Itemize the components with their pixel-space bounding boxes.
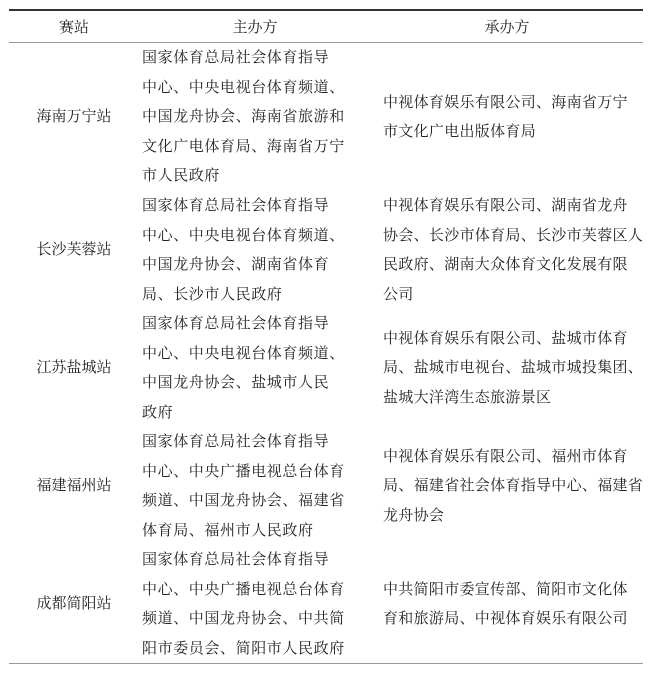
organizer-cell: 中共简阳市委宣传部、简阳市文化体 育和旅游局、中视体育娱乐有限公司 bbox=[371, 545, 643, 664]
host-line: 国家体育总局社会体育指导 bbox=[142, 545, 367, 575]
organizer-line: 局、福建省社会体育指导中心、福建省 bbox=[383, 471, 639, 501]
table-body: 海南万宁站 国家体育总局社会体育指导 中心、中央电视台体育频道、 中国龙舟协会、… bbox=[9, 43, 643, 664]
organizer-cell: 中视体育娱乐有限公司、湖南省龙舟 协会、长沙市体育局、长沙市芙蓉区人 民政府、湖… bbox=[371, 191, 643, 309]
header-host: 主办方 bbox=[139, 10, 371, 43]
station-cell: 长沙芙蓉站 bbox=[9, 191, 139, 309]
table-header: 赛站 主办方 承办方 bbox=[9, 10, 643, 43]
host-line: 中心、中央电视台体育频道、 bbox=[142, 339, 367, 369]
host-line: 中心、中央广播电视总台体育 bbox=[142, 457, 367, 487]
table-row: 海南万宁站 国家体育总局社会体育指导 中心、中央电视台体育频道、 中国龙舟协会、… bbox=[9, 43, 643, 192]
host-line: 中心、中央电视台体育频道、 bbox=[142, 73, 367, 103]
organizer-line: 局、盐城市电视台、盐城市城投集团、 bbox=[383, 353, 639, 383]
table-row: 长沙芙蓉站 国家体育总局社会体育指导 中心、中央电视台体育频道、 中国龙舟协会、… bbox=[9, 191, 643, 309]
table-row: 成都简阳站 国家体育总局社会体育指导 中心、中央广播电视总台体育 频道、中国龙舟… bbox=[9, 545, 643, 664]
host-line: 文化广电体育局、海南省万宁 bbox=[142, 132, 367, 162]
organizer-line: 中共简阳市委宣传部、简阳市文化体 bbox=[383, 575, 639, 605]
station-cell: 江苏盐城站 bbox=[9, 309, 139, 427]
host-line: 国家体育总局社会体育指导 bbox=[142, 191, 367, 221]
organizer-cell: 中视体育娱乐有限公司、海南省万宁 市文化广电出版体育局 bbox=[371, 43, 643, 192]
organizer-line: 中视体育娱乐有限公司、盐城市体育 bbox=[383, 324, 639, 354]
host-line: 频道、中国龙舟协会、中共简 bbox=[142, 604, 367, 634]
host-cell: 国家体育总局社会体育指导 中心、中央电视台体育频道、 中国龙舟协会、海南省旅游和… bbox=[139, 43, 371, 192]
station-cell: 海南万宁站 bbox=[9, 43, 139, 192]
organizer-line: 公司 bbox=[383, 280, 639, 310]
table-row: 江苏盐城站 国家体育总局社会体育指导 中心、中央电视台体育频道、 中国龙舟协会、… bbox=[9, 309, 643, 427]
station-cell: 福建福州站 bbox=[9, 427, 139, 545]
header-row: 赛站 主办方 承办方 bbox=[9, 10, 643, 43]
host-cell: 国家体育总局社会体育指导 中心、中央广播电视总台体育 频道、中国龙舟协会、福建省… bbox=[139, 427, 371, 545]
header-organizer: 承办方 bbox=[371, 10, 643, 43]
host-line: 国家体育总局社会体育指导 bbox=[142, 309, 367, 339]
host-line: 中国龙舟协会、盐城市人民 bbox=[142, 368, 367, 398]
host-cell: 国家体育总局社会体育指导 中心、中央电视台体育频道、 中国龙舟协会、湖南省体育 … bbox=[139, 191, 371, 309]
host-line: 体育局、福州市人民政府 bbox=[142, 516, 367, 546]
host-line: 国家体育总局社会体育指导 bbox=[142, 427, 367, 457]
host-cell: 国家体育总局社会体育指导 中心、中央广播电视总台体育 频道、中国龙舟协会、中共简… bbox=[139, 545, 371, 664]
events-table-container: 赛站 主办方 承办方 海南万宁站 国家体育总局社会体育指导 中心、中央电视台体育… bbox=[9, 9, 643, 664]
host-cell: 国家体育总局社会体育指导 中心、中央电视台体育频道、 中国龙舟协会、盐城市人民 … bbox=[139, 309, 371, 427]
host-line: 中心、中央广播电视总台体育 bbox=[142, 575, 367, 605]
host-line: 国家体育总局社会体育指导 bbox=[142, 43, 367, 73]
organizer-line: 协会、长沙市体育局、长沙市芙蓉区人 bbox=[383, 221, 639, 251]
host-line: 阳市委员会、简阳市人民政府 bbox=[142, 634, 367, 664]
host-line: 中国龙舟协会、海南省旅游和 bbox=[142, 102, 367, 132]
organizer-line: 育和旅游局、中视体育娱乐有限公司 bbox=[383, 604, 639, 634]
organizer-line: 龙舟协会 bbox=[383, 501, 639, 531]
organizer-line: 民政府、湖南大众体育文化发展有限 bbox=[383, 250, 639, 280]
host-line: 局、长沙市人民政府 bbox=[142, 280, 367, 310]
organizer-line: 中视体育娱乐有限公司、湖南省龙舟 bbox=[383, 191, 639, 221]
organizer-line: 中视体育娱乐有限公司、海南省万宁 bbox=[383, 88, 639, 118]
host-line: 中心、中央电视台体育频道、 bbox=[142, 221, 367, 251]
table-row: 福建福州站 国家体育总局社会体育指导 中心、中央广播电视总台体育 频道、中国龙舟… bbox=[9, 427, 643, 545]
station-cell: 成都简阳站 bbox=[9, 545, 139, 664]
events-organizers-table: 赛站 主办方 承办方 海南万宁站 国家体育总局社会体育指导 中心、中央电视台体育… bbox=[9, 9, 643, 664]
host-line: 政府 bbox=[142, 398, 367, 428]
organizer-line: 盐城大洋湾生态旅游景区 bbox=[383, 383, 639, 413]
organizer-line: 市文化广电出版体育局 bbox=[383, 117, 639, 147]
organizer-cell: 中视体育娱乐有限公司、盐城市体育 局、盐城市电视台、盐城市城投集团、 盐城大洋湾… bbox=[371, 309, 643, 427]
organizer-cell: 中视体育娱乐有限公司、福州市体育 局、福建省社会体育指导中心、福建省 龙舟协会 bbox=[371, 427, 643, 545]
organizer-line: 中视体育娱乐有限公司、福州市体育 bbox=[383, 442, 639, 472]
host-line: 频道、中国龙舟协会、福建省 bbox=[142, 486, 367, 516]
header-station: 赛站 bbox=[9, 10, 139, 43]
host-line: 中国龙舟协会、湖南省体育 bbox=[142, 250, 367, 280]
host-line: 市人民政府 bbox=[142, 161, 367, 191]
